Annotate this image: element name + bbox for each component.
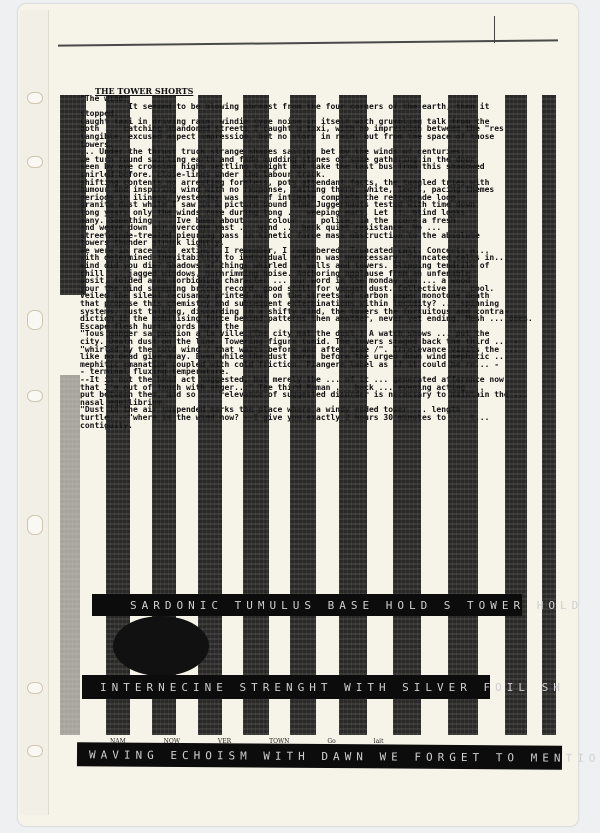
collage-area: "The wind! It seemed to be blowing abrea… xyxy=(60,95,560,775)
binder-hole xyxy=(27,390,43,402)
caption-bar-2: INTERNECINE STRENGHT WITH SILVER FOIL SH xyxy=(82,675,490,699)
binder-hole xyxy=(27,310,43,330)
fragment-labels: NAM NOW VER TOWN Go lait xyxy=(110,738,420,745)
fragment: TOWN xyxy=(269,738,289,745)
binder-hole xyxy=(27,515,43,535)
fragment: NAM xyxy=(110,738,126,745)
fragment: Go xyxy=(327,738,335,745)
fragment: NOW xyxy=(164,738,180,745)
ink-stripe xyxy=(448,95,478,735)
fragment: lait xyxy=(374,738,384,745)
caption-text-3: WAVING ECHOISM WITH DAWN WE FORGET TO ME… xyxy=(89,748,600,765)
caption-text-2: INTERNECINE STRENGHT WITH SILVER FOIL SH xyxy=(100,681,565,694)
fragment: VER xyxy=(218,738,231,745)
ink-stripe xyxy=(339,95,367,735)
caption-bar-3: WAVING ECHOISM WITH DAWN WE FORGET TO ME… xyxy=(77,742,562,769)
ink-stripe xyxy=(290,95,316,735)
binder-hole xyxy=(27,745,43,757)
rule-tick xyxy=(494,16,495,43)
ink-stripe xyxy=(505,95,527,735)
ink-stripe xyxy=(393,95,421,735)
ink-stripe xyxy=(243,95,269,735)
caption-text-1: SARDONIC TUMULUS BASE HOLD S TOWER HOLD xyxy=(130,599,583,612)
binder-hole xyxy=(27,682,43,694)
binder-hole xyxy=(27,92,43,104)
caption-bar-1: SARDONIC TUMULUS BASE HOLD S TOWER HOLD xyxy=(92,594,522,616)
binder-strip xyxy=(20,10,49,815)
binder-hole xyxy=(27,156,43,168)
ink-stripe xyxy=(542,95,556,735)
circle-emblem xyxy=(113,616,209,676)
ink-stripe xyxy=(60,375,80,735)
ink-stripe xyxy=(60,95,86,295)
